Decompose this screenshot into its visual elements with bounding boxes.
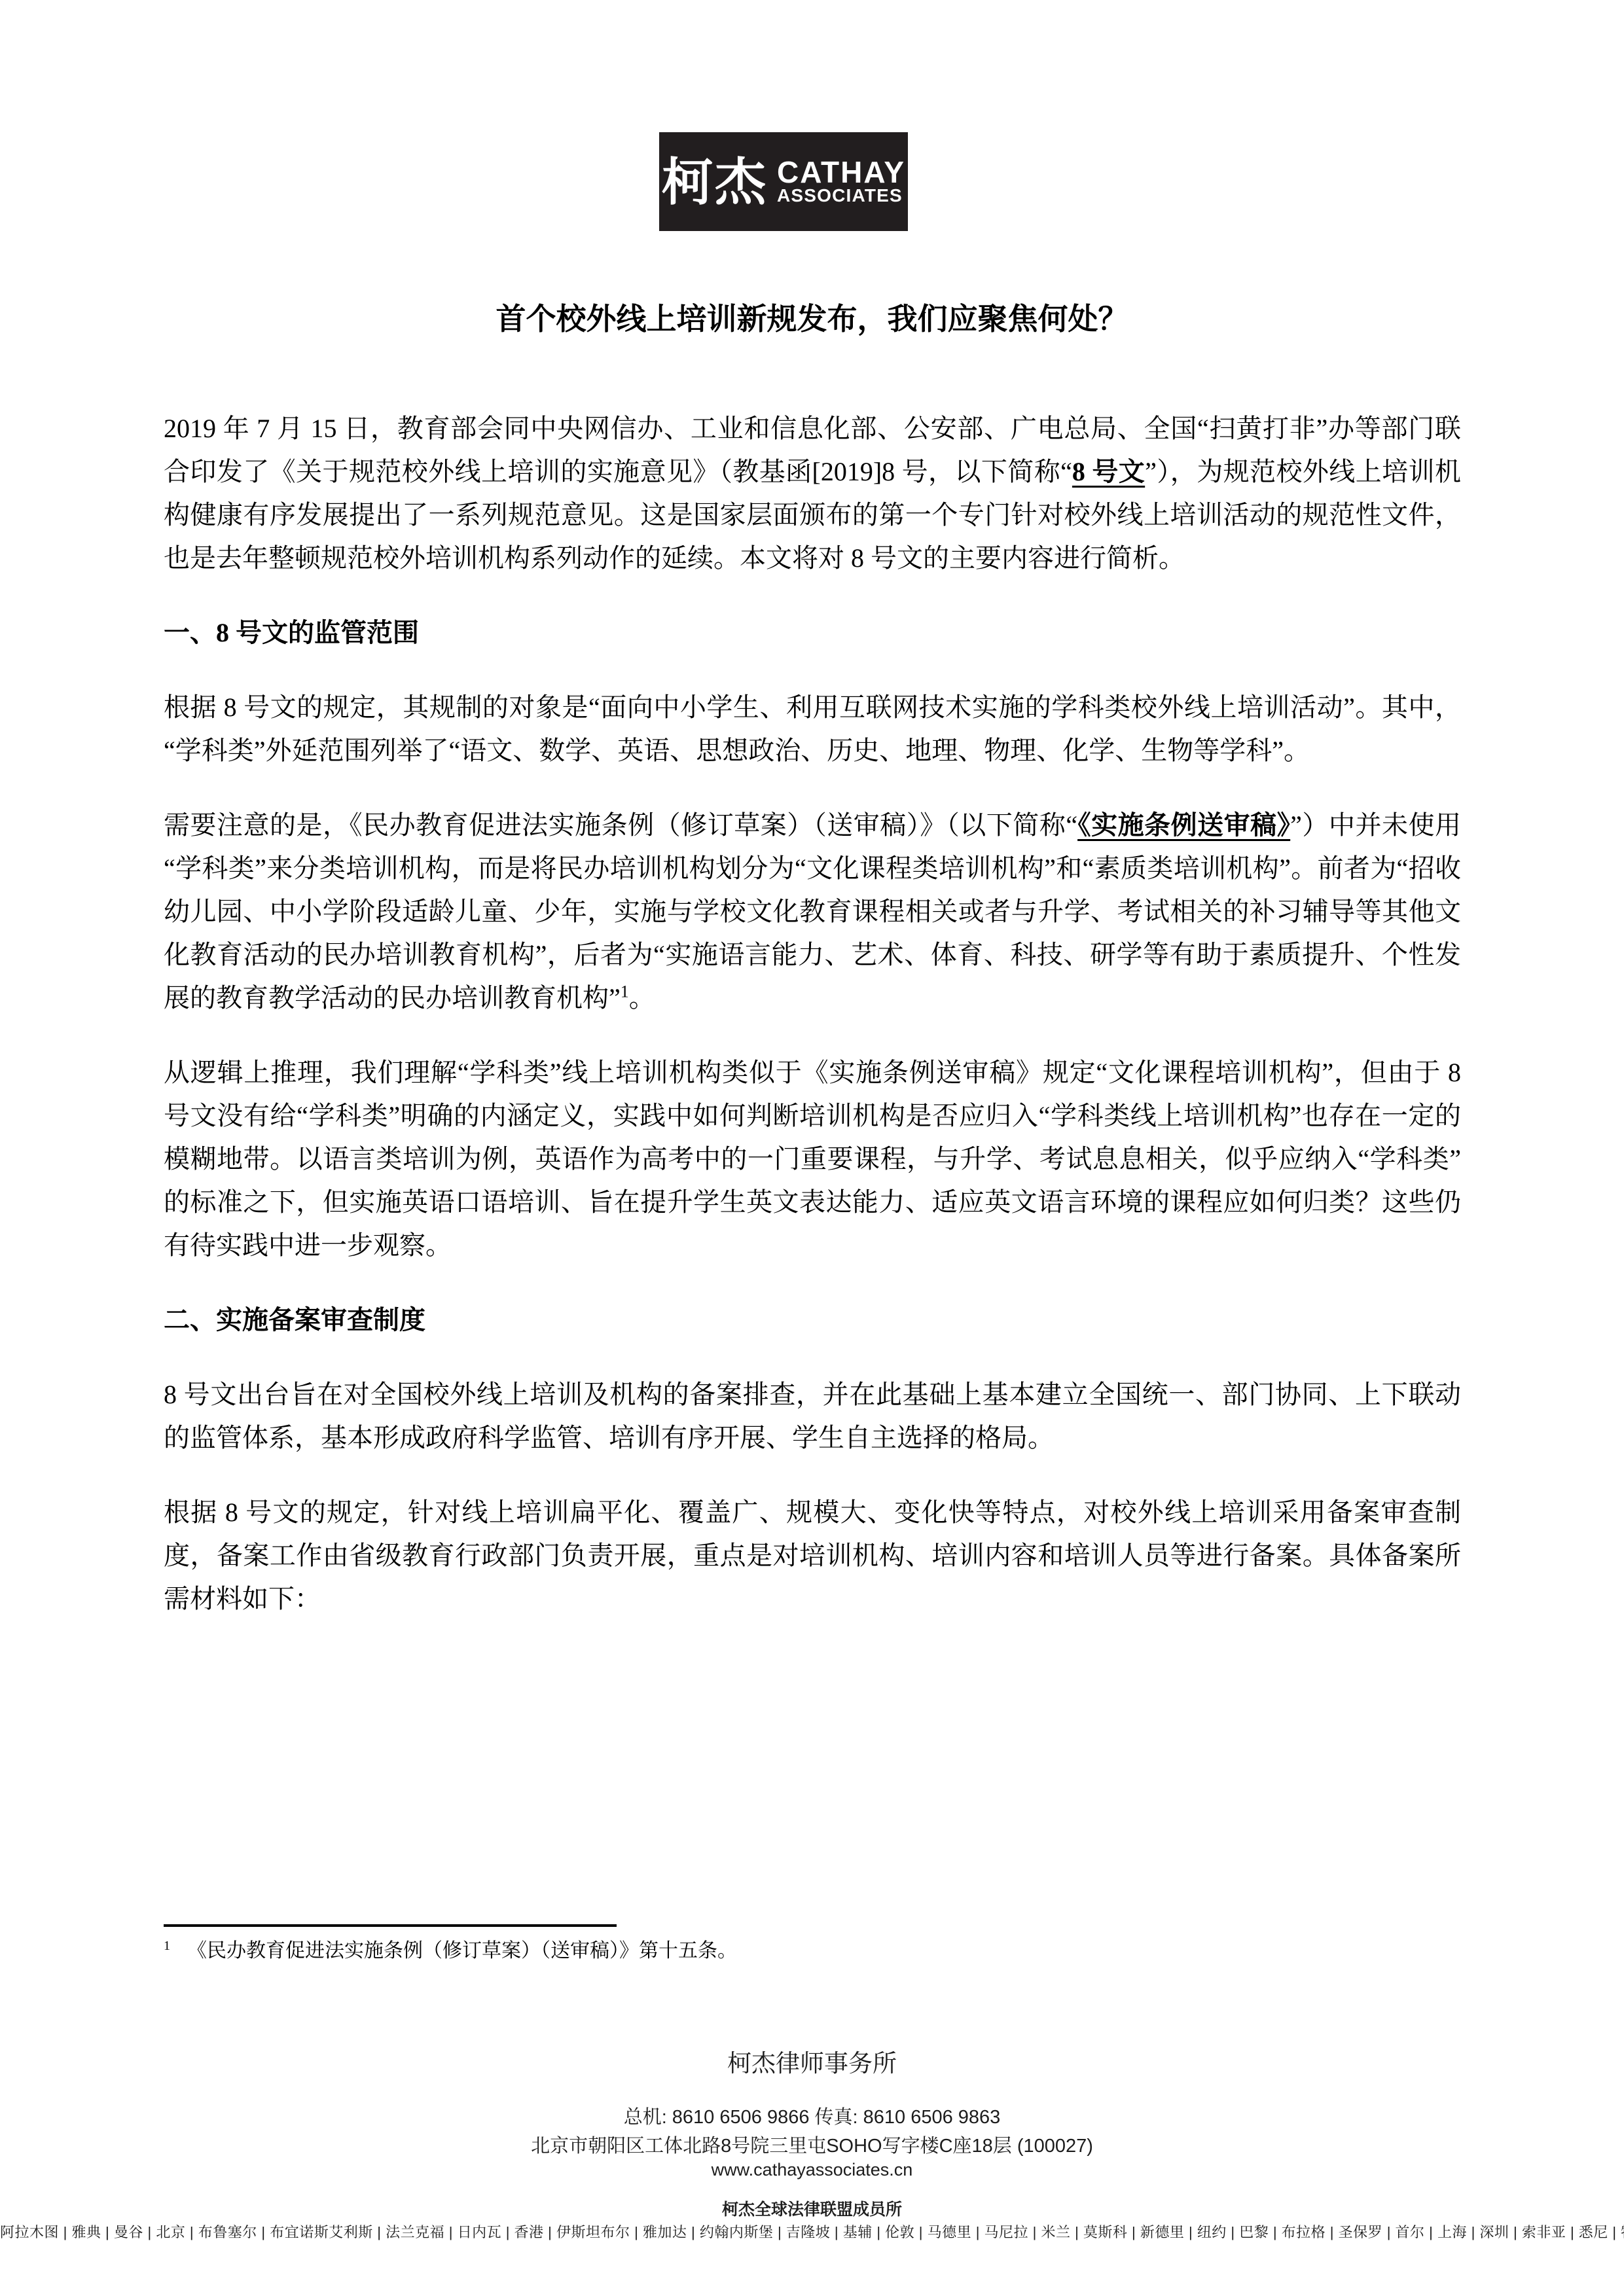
paragraph-intro: 2019 年 7 月 15 日，教育部会同中央网信办、工业和信息化部、公安部、广…: [164, 407, 1461, 580]
footnote-separator: [164, 1924, 617, 1927]
footer-website: www.cathayassociates.cn: [0, 2160, 1624, 2180]
footer-city-list: 阿拉木图 | 雅典 | 曼谷 | 北京 | 布鲁塞尔 | 布宜诺斯艾利斯 | 法…: [0, 2221, 1624, 2242]
footnote: 1《民办教育促进法实施条例（修订草案）（送审稿）》第十五条。: [164, 1936, 1461, 1966]
logo-associates-text: ASSOCIATES: [777, 187, 903, 205]
logo-cathay-text: CATHAY: [777, 158, 905, 187]
document-page: 柯杰 CATHAY ASSOCIATES 首个校外线上培训新规发布，我们应聚焦何…: [0, 0, 1624, 2296]
section-heading-2: 二、实施备案审查制度: [164, 1299, 1461, 1342]
logo-chinese-text: 柯杰: [662, 156, 768, 207]
footer-address-line: 北京市朝阳区工体北路8号院三里屯SOHO写字楼C座18层 (100027): [0, 2131, 1624, 2158]
paragraph-scope: 根据 8 号文的规定，其规制的对象是“面向中小学生、利用互联网技术实施的学科类校…: [164, 686, 1461, 772]
paragraph-draft-mid: ”）中并未使用“学科类”来分类培训机构，而是将民办培训机构划分为“文化课程类培训…: [164, 810, 1461, 1013]
paragraph-analysis: 从逻辑上推理，我们理解“学科类”线上培训机构类似于《实施条例送审稿》规定“文化课…: [164, 1051, 1461, 1267]
paragraph-filing-system: 根据 8 号文的规定，针对线上培训扁平化、覆盖广、规模大、变化快等特点，对校外线…: [164, 1491, 1461, 1621]
page-title: 首个校外线上培训新规发布，我们应聚焦何处？: [0, 300, 1624, 339]
cathay-logo: 柯杰 CATHAY ASSOCIATES: [659, 132, 908, 231]
footer-firm-name: 柯杰律师事务所: [0, 2043, 1624, 2079]
footer-contact-line: 总机: 8610 6506 9866 传真: 8610 6506 9863: [0, 2102, 1624, 2129]
doc-shortname-emphasis: 8 号文: [1072, 457, 1145, 486]
article-body: 2019 年 7 月 15 日，教育部会同中央网信办、工业和信息化部、公安部、广…: [164, 407, 1461, 1621]
paragraph-regulation-draft: 需要注意的是，《民办教育促进法实施条例（修订草案）（送审稿）》（以下简称“《实施…: [164, 804, 1461, 1020]
paragraph-filing-purpose: 8 号文出台旨在对全国校外线上培训及机构的备案排查，并在此基础上基本建立全国统一…: [164, 1373, 1461, 1460]
logo-english-text: CATHAY ASSOCIATES: [777, 158, 905, 204]
draft-shortname-emphasis: 《实施条例送审稿》: [1077, 810, 1290, 840]
footer-alliance-line: 柯杰全球法律联盟成员所: [0, 2197, 1624, 2220]
section-heading-1: 一、8 号文的监管范围: [164, 611, 1461, 655]
paragraph-draft-post: 。: [629, 983, 655, 1013]
footnote-reference-1: 1: [621, 982, 629, 1001]
paragraph-draft-pre: 需要注意的是，《民办教育促进法实施条例（修订草案）（送审稿）》（以下简称“: [164, 810, 1077, 840]
footnote-text: 《民办教育促进法实施条例（修订草案）（送审稿）》第十五条。: [187, 1940, 737, 1962]
footnote-marker: 1: [164, 1939, 170, 1953]
